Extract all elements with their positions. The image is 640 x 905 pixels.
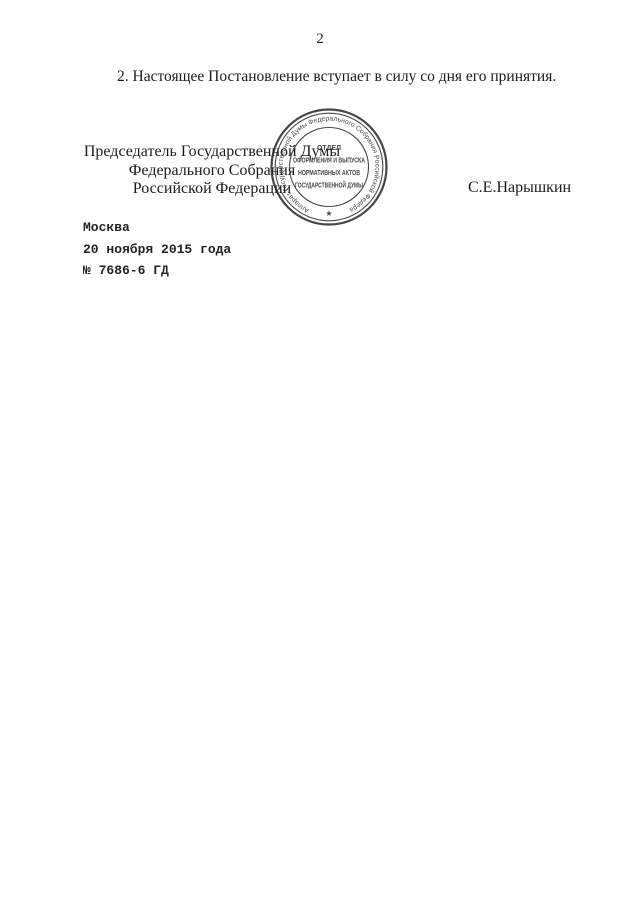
signatory-name: С.Е.Нарышкин	[468, 179, 571, 197]
stamp-star-icon: ★	[325, 209, 332, 218]
stamp-center-line-2: ОФОРМЛЕНИЯ И ВЫПУСКА	[293, 158, 365, 165]
body-paragraph: 2. Настоящее Постановление вступает в си…	[117, 68, 556, 86]
stamp-center-line-4: ГОСУДАРСТВЕННОЙ ДУМЫ	[295, 181, 363, 190]
stamp-center-line-3: НОРМАТИВНЫХ АКТОВ	[298, 170, 360, 177]
footer-doc-number: № 7686-6 ГД	[83, 260, 231, 282]
stamp-middle-circle	[275, 113, 383, 221]
stamp-inner-circle	[290, 128, 369, 207]
stamp-center-line-1: ОТДЕЛ	[317, 145, 341, 152]
document-page: 2 2. Настоящее Постановление вступает в …	[0, 0, 640, 905]
footer-date: 20 ноября 2015 года	[83, 239, 231, 261]
page-number: 2	[0, 31, 640, 48]
document-footer-block: Москва 20 ноября 2015 года № 7686-6 ГД	[83, 217, 231, 282]
stamp-outer-circle	[272, 110, 387, 225]
official-round-stamp: Аппарат Государственной Думы Федеральног…	[266, 104, 392, 230]
footer-city: Москва	[83, 217, 231, 239]
